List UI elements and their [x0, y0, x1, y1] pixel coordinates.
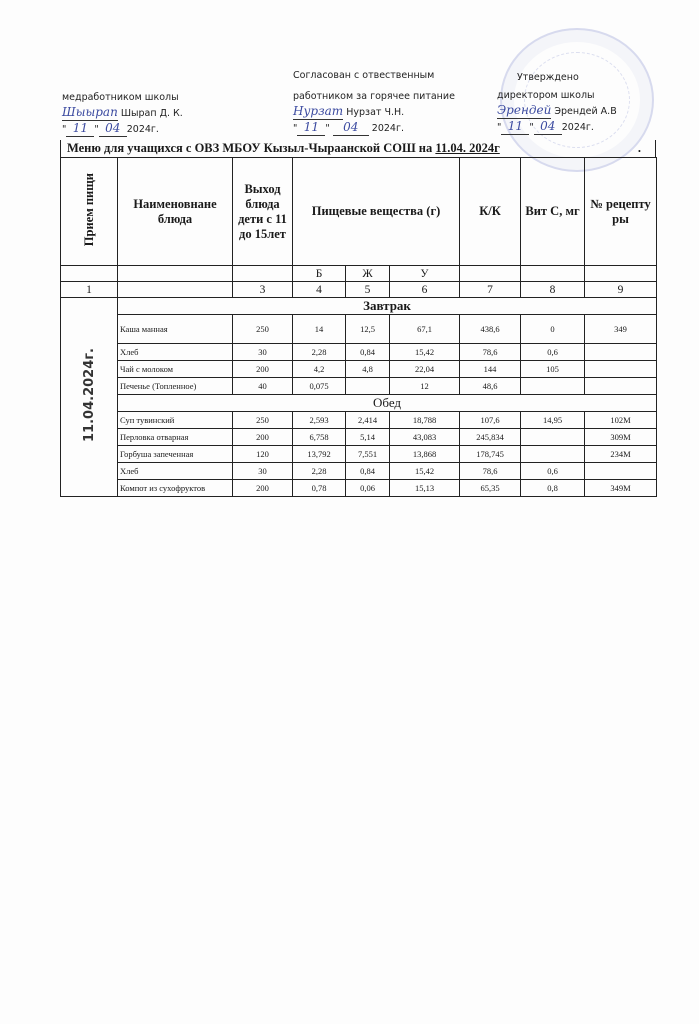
table-row: Хлеб302,280,8415,4278,60,6 [61, 463, 657, 480]
section-row: 11.04.2024г.Завтрак [61, 298, 657, 315]
fat: 7,551 [346, 446, 390, 463]
subheader-protein: Б [293, 266, 346, 282]
protein: 4,2 [293, 361, 346, 378]
approval-medical-day: 11 [66, 121, 94, 137]
colnum-3: 3 [233, 282, 293, 298]
header-row: Прием пищи Наименовнане блюда Выход блюд… [61, 158, 657, 266]
vitamin-c [521, 378, 585, 395]
approval-medical-year: 2024г. [127, 124, 159, 135]
signature-food: Нурзат [293, 104, 343, 120]
carbs: 18,788 [390, 412, 460, 429]
header-dish: Наименовнане блюда [118, 158, 233, 266]
portion: 250 [233, 315, 293, 344]
table-row: Чай с молоком2004,24,822,04144105 [61, 361, 657, 378]
approval-director: Утверждено директором школы Эрендей Эрен… [497, 70, 617, 135]
protein: 6,758 [293, 429, 346, 446]
recipe-number [585, 344, 657, 361]
kcal: 144 [460, 361, 521, 378]
colnum-5: 5 [346, 282, 390, 298]
menu-table: Прием пищи Наименовнане блюда Выход блюд… [60, 157, 657, 497]
portion: 200 [233, 361, 293, 378]
fat: 4,8 [346, 361, 390, 378]
portion: 120 [233, 446, 293, 463]
protein: 0,075 [293, 378, 346, 395]
menu-body: 11.04.2024г.ЗавтракКаша манная2501412,56… [61, 298, 657, 497]
subheader-carbs: У [390, 266, 460, 282]
approval-director-name: Эрендей А.В [554, 106, 616, 117]
dish-name: Горбуша запеченная [118, 446, 233, 463]
date-cell: 11.04.2024г. [61, 298, 118, 497]
table-row: Печенье (Топленное)400,0751248,6 [61, 378, 657, 395]
menu-title-date: 11.04. 2024г [435, 141, 499, 155]
menu-title-mark: . [638, 140, 641, 157]
approval-director-line2: директором школы [497, 88, 617, 103]
table-row: Горбуша запеченная12013,7927,55113,86817… [61, 446, 657, 463]
fat [346, 378, 390, 395]
recipe-number: 102М [585, 412, 657, 429]
vitamin-c [521, 446, 585, 463]
recipe-number: 234М [585, 446, 657, 463]
approval-director-year: 2024г. [562, 122, 594, 133]
menu-title: Меню для учащихся с ОВЗ МБОУ Кызыл-Чыраа… [60, 140, 656, 157]
table-row: Каша манная2501412,567,1438,60349 [61, 315, 657, 344]
column-number-row: 1 3 4 5 6 7 8 9 [61, 282, 657, 298]
table-row: Хлеб302,280,8415,4278,60,6 [61, 344, 657, 361]
colnum-7: 7 [460, 282, 521, 298]
table-row: Компот из сухофруктов2000,780,0615,1365,… [61, 480, 657, 497]
carbs: 22,04 [390, 361, 460, 378]
colnum-2 [118, 282, 233, 298]
menu-document: Меню для учащихся с ОВЗ МБОУ Кызыл-Чыраа… [60, 140, 656, 497]
header-nutrients: Пищевые вещества (г) [293, 158, 460, 266]
kcal: 178,745 [460, 446, 521, 463]
recipe-number: 309М [585, 429, 657, 446]
fat: 2,414 [346, 412, 390, 429]
dish-name: Каша манная [118, 315, 233, 344]
carbs: 15,42 [390, 344, 460, 361]
approval-food-line2: работником за горячее питание [293, 89, 455, 104]
approval-director-line1: Утверждено [497, 70, 617, 85]
portion: 30 [233, 344, 293, 361]
table-row: Перловка отварная2006,7585,1443,083245,8… [61, 429, 657, 446]
approval-medical-role: медработником школы [62, 90, 183, 105]
fat: 0,84 [346, 463, 390, 480]
dish-name: Печенье (Топленное) [118, 378, 233, 395]
approval-food-month: 04 [333, 120, 369, 136]
kcal: 438,6 [460, 315, 521, 344]
protein: 2,28 [293, 463, 346, 480]
dish-name: Перловка отварная [118, 429, 233, 446]
carbs: 43,083 [390, 429, 460, 446]
header-recipe: № рецепту ры [585, 158, 657, 266]
colnum-6: 6 [390, 282, 460, 298]
header-meal: Прием пищи [61, 158, 118, 266]
kcal: 65,35 [460, 480, 521, 497]
protein: 13,792 [293, 446, 346, 463]
vitamin-c: 0 [521, 315, 585, 344]
protein: 0,78 [293, 480, 346, 497]
carbs: 15,13 [390, 480, 460, 497]
portion: 30 [233, 463, 293, 480]
table-row: Суп тувинский2502,5932,41418,788107,614,… [61, 412, 657, 429]
dish-name: Суп тувинский [118, 412, 233, 429]
carbs: 13,868 [390, 446, 460, 463]
vitamin-c [521, 429, 585, 446]
approval-food-name: Нурзат Ч.Н. [346, 107, 404, 118]
dish-name: Чай с молоком [118, 361, 233, 378]
fat: 12,5 [346, 315, 390, 344]
fat: 0,06 [346, 480, 390, 497]
approval-medical-month: 04 [99, 121, 127, 137]
kcal: 78,6 [460, 463, 521, 480]
approval-food-line1: Согласован с отвественным [293, 68, 455, 83]
carbs: 67,1 [390, 315, 460, 344]
kcal: 78,6 [460, 344, 521, 361]
colnum-1: 1 [61, 282, 118, 298]
header-vitc: Вит С, мг [521, 158, 585, 266]
colnum-8: 8 [521, 282, 585, 298]
section-title: Обед [118, 395, 657, 412]
section-row: Обед [61, 395, 657, 412]
header-kcal: К/К [460, 158, 521, 266]
vitamin-c: 0,8 [521, 480, 585, 497]
vitamin-c: 0,6 [521, 463, 585, 480]
section-title: Завтрак [118, 298, 657, 315]
protein: 14 [293, 315, 346, 344]
vitamin-c: 105 [521, 361, 585, 378]
kcal: 245,834 [460, 429, 521, 446]
colnum-4: 4 [293, 282, 346, 298]
protein: 2,28 [293, 344, 346, 361]
dish-name: Хлеб [118, 463, 233, 480]
approval-director-month: 04 [534, 119, 562, 135]
recipe-number: 349М [585, 480, 657, 497]
fat: 0,84 [346, 344, 390, 361]
recipe-number [585, 361, 657, 378]
kcal: 107,6 [460, 412, 521, 429]
subheader-fat: Ж [346, 266, 390, 282]
portion: 250 [233, 412, 293, 429]
header-portion: Выход блюда дети с 11 до 15лет [233, 158, 293, 266]
portion: 40 [233, 378, 293, 395]
approval-director-day: 11 [501, 119, 529, 135]
approval-food-responsible: Согласован с отвественным работником за … [293, 68, 455, 136]
menu-title-text: Меню для учащихся с ОВЗ МБОУ Кызыл-Чыраа… [67, 141, 435, 155]
portion: 200 [233, 429, 293, 446]
approval-medical-name: Шырап Д. К. [121, 108, 183, 119]
portion: 200 [233, 480, 293, 497]
approval-food-day: 11 [297, 120, 325, 136]
approval-medical: медработником школы Шыырап Шырап Д. К. "… [62, 90, 183, 137]
fat: 5,14 [346, 429, 390, 446]
kcal: 48,6 [460, 378, 521, 395]
signature-medical: Шыырап [62, 105, 118, 121]
dish-name: Хлеб [118, 344, 233, 361]
recipe-number: 349 [585, 315, 657, 344]
dish-name: Компот из сухофруктов [118, 480, 233, 497]
vitamin-c: 0,6 [521, 344, 585, 361]
protein: 2,593 [293, 412, 346, 429]
subheader-row: Б Ж У [61, 266, 657, 282]
approval-food-year: 2024г. [372, 123, 404, 134]
recipe-number [585, 378, 657, 395]
carbs: 15,42 [390, 463, 460, 480]
recipe-number [585, 463, 657, 480]
colnum-9: 9 [585, 282, 657, 298]
signature-director: Эрендей [497, 103, 551, 119]
vitamin-c: 14,95 [521, 412, 585, 429]
carbs: 12 [390, 378, 460, 395]
